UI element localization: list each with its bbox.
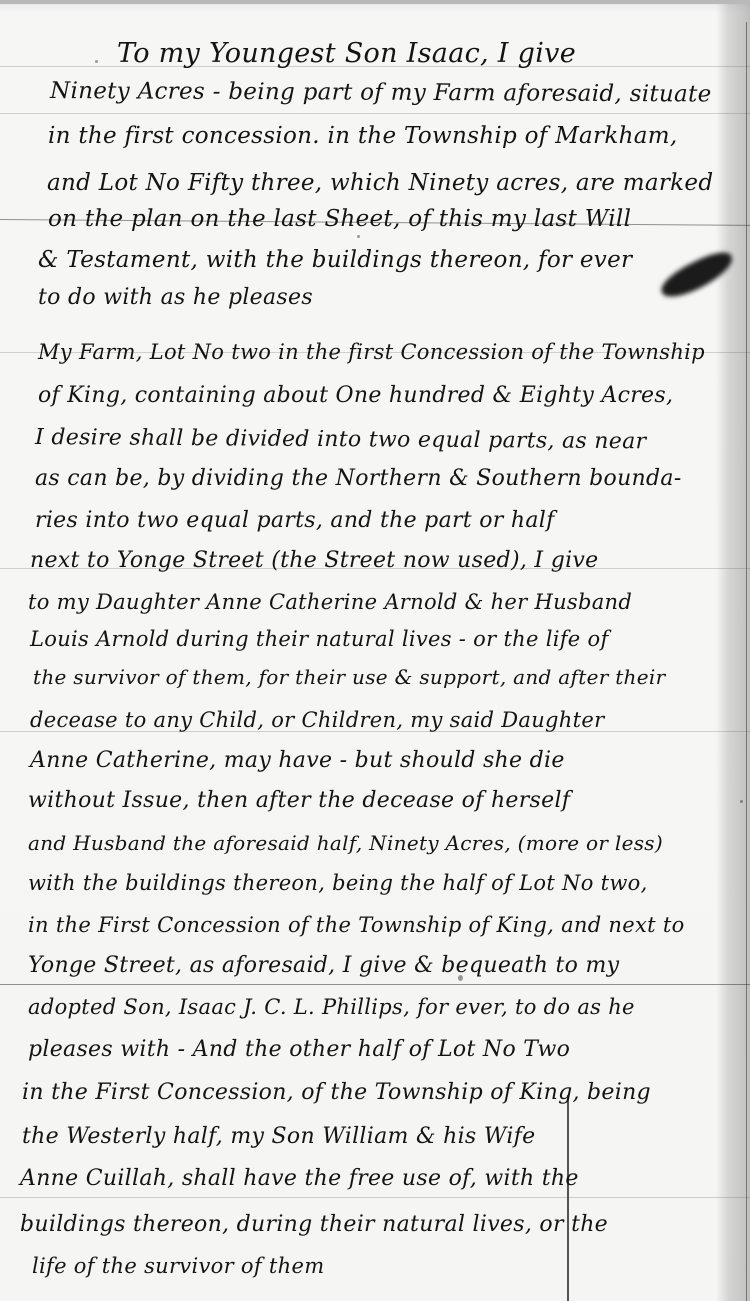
- manuscript-line: in the first concession. in the Township…: [48, 123, 677, 149]
- manuscript-line: and Lot No Fifty three, which Ninety acr…: [47, 170, 713, 196]
- manuscript-line: to do with as he pleases: [38, 285, 313, 310]
- manuscript-line: on the plan on the last Sheet, of this m…: [48, 206, 631, 232]
- ruled-line: [0, 1197, 750, 1198]
- manuscript-line: without Issue, then after the decease of…: [28, 788, 570, 813]
- manuscript-line: in the First Concession of the Township …: [28, 913, 685, 937]
- manuscript-line: to my Daughter Anne Catherine Arnold & h…: [28, 590, 632, 614]
- manuscript-line: with the buildings thereon, being the ha…: [28, 871, 648, 895]
- manuscript-page: To my Youngest Son Isaac, I give Ninety …: [0, 0, 750, 1301]
- page-top-edge: [0, 0, 750, 4]
- page-right-margin-line: [746, 22, 747, 1301]
- paper-speck: [357, 235, 360, 238]
- paper-speck: [95, 60, 98, 63]
- manuscript-line: decease to any Child, or Children, my sa…: [30, 708, 604, 732]
- manuscript-line: Ninety Acres - being part of my Farm afo…: [50, 78, 712, 107]
- manuscript-line: buildings thereon, during their natural …: [20, 1212, 608, 1237]
- manuscript-line: Anne Catherine, may have - but should sh…: [30, 748, 565, 773]
- manuscript-line: My Farm, Lot No two in the first Concess…: [38, 340, 705, 364]
- ruled-line: [0, 113, 750, 114]
- manuscript-line: adopted Son, Isaac J. C. L. Phillips, fo…: [28, 995, 635, 1019]
- paper-speck: [740, 800, 743, 803]
- vertical-crease-line: [567, 1095, 569, 1301]
- manuscript-line: pleases with - And the other half of Lot…: [28, 1037, 570, 1062]
- manuscript-line: To my Youngest Son Isaac, I give: [117, 38, 576, 69]
- manuscript-line: next to Yonge Street (the Street now use…: [30, 548, 598, 573]
- manuscript-line: & Testament, with the buildings thereon,…: [38, 247, 632, 273]
- manuscript-line: Louis Arnold during their natural lives …: [30, 627, 609, 651]
- manuscript-line: as can be, by dividing the Northern & So…: [35, 466, 682, 491]
- manuscript-line: the Westerly half, my Son William & his …: [22, 1124, 535, 1149]
- manuscript-line: Yonge Street, as aforesaid, I give & beq…: [28, 953, 619, 978]
- manuscript-line: and Husband the aforesaid half, Ninety A…: [28, 831, 663, 855]
- manuscript-line: I desire shall be divided into two equal…: [35, 425, 646, 454]
- ruled-line: [0, 984, 750, 985]
- manuscript-line: in the First Concession, of the Township…: [22, 1080, 651, 1105]
- manuscript-line: life of the survivor of them: [32, 1254, 324, 1278]
- manuscript-line: Anne Cuillah, shall have the free use of…: [20, 1166, 579, 1191]
- ink-blot: [656, 246, 738, 304]
- manuscript-line: the survivor of them, for their use & su…: [33, 665, 665, 689]
- manuscript-line: of King, containing about One hundred & …: [38, 383, 673, 408]
- manuscript-line: ries into two equal parts, and the part …: [35, 508, 555, 533]
